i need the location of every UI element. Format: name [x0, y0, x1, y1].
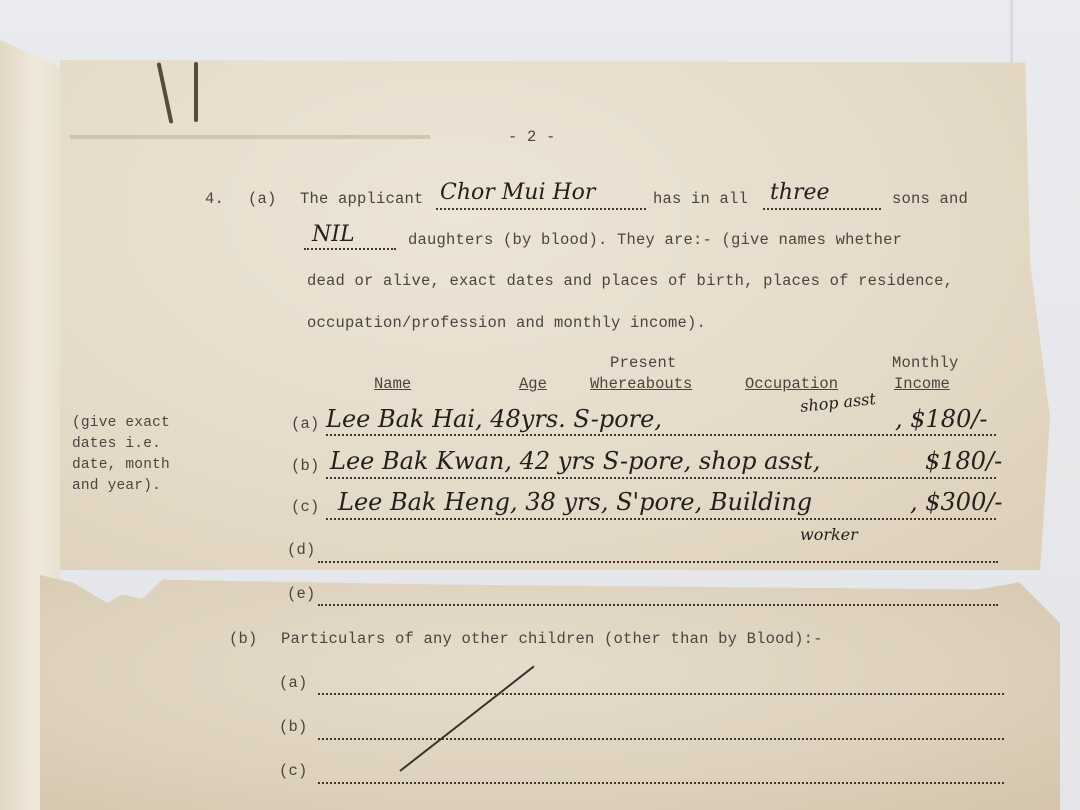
- header-age: Age: [519, 375, 547, 393]
- side-note-line: date, month: [72, 457, 170, 473]
- entry-line-b: [326, 477, 996, 479]
- row-label-b: (b): [291, 457, 320, 475]
- other-child-line-b[interactable]: [318, 738, 1004, 740]
- income-handwritten: , $300/-: [910, 488, 1003, 516]
- child-entry-handwritten: Lee Bak Heng, 38 yrs, S'pore, Building: [338, 488, 812, 516]
- side-note-line: and year).: [72, 478, 161, 494]
- row-label-a: (a): [291, 415, 320, 433]
- header-income: Income: [894, 375, 950, 393]
- other-child-label-b: (b): [279, 718, 308, 736]
- background-cloth-fold: [1010, 0, 1013, 70]
- row-label-e: (e): [287, 585, 316, 603]
- question-number: 4.: [205, 190, 224, 208]
- header-present: Present: [610, 354, 677, 372]
- question-4b-text: Particulars of any other children (other…: [281, 630, 823, 648]
- other-child-line-c[interactable]: [318, 782, 1004, 784]
- income-handwritten: , $180/-: [895, 405, 988, 433]
- question-part-b: (b): [229, 630, 258, 648]
- question-text: occupation/profession and monthly income…: [307, 314, 706, 332]
- occupation-handwritten: worker: [800, 525, 858, 544]
- child-entry-handwritten: Lee Bak Hai, 48yrs. S-pore,: [326, 405, 662, 433]
- entry-line-e[interactable]: [318, 604, 998, 606]
- daughters-count-line: [304, 248, 396, 250]
- entry-line-c: [326, 518, 996, 520]
- applicant-name-line: [436, 208, 646, 210]
- fold-crease: [70, 135, 430, 139]
- other-child-line-a[interactable]: [318, 693, 1004, 695]
- side-note-line: (give exact: [72, 415, 170, 431]
- question-text: has in all: [653, 190, 748, 208]
- side-note-line: dates i.e.: [72, 436, 161, 452]
- daughters-count-handwritten: NIL: [312, 222, 355, 247]
- applicant-name-handwritten: Chor Mui Hor: [440, 180, 595, 205]
- entry-line-d[interactable]: [318, 561, 998, 563]
- staple-mark: [194, 62, 198, 122]
- header-occupation: Occupation: [745, 375, 838, 393]
- question-text: dead or alive, exact dates and places of…: [307, 272, 953, 290]
- row-label-d: (d): [287, 541, 316, 559]
- other-child-label-a: (a): [279, 674, 308, 692]
- income-handwritten: $180/-: [925, 447, 1002, 475]
- sons-count-line: [763, 208, 881, 210]
- question-text: daughters (by blood). They are:- (give n…: [408, 231, 902, 249]
- sons-count-handwritten: three: [770, 180, 830, 205]
- header-monthly: Monthly: [892, 354, 959, 372]
- question-text: The applicant: [300, 190, 424, 208]
- entry-line-a: [326, 434, 996, 436]
- page-number: - 2 -: [508, 128, 556, 146]
- child-entry-handwritten: Lee Bak Kwan, 42 yrs S-pore, shop asst,: [330, 447, 820, 475]
- header-name: Name: [374, 375, 411, 393]
- question-text: sons and: [892, 190, 968, 208]
- header-whereabouts: Whereabouts: [590, 375, 692, 393]
- question-part-a: (a): [248, 190, 277, 208]
- other-child-label-c: (c): [279, 762, 308, 780]
- row-label-c: (c): [291, 498, 320, 516]
